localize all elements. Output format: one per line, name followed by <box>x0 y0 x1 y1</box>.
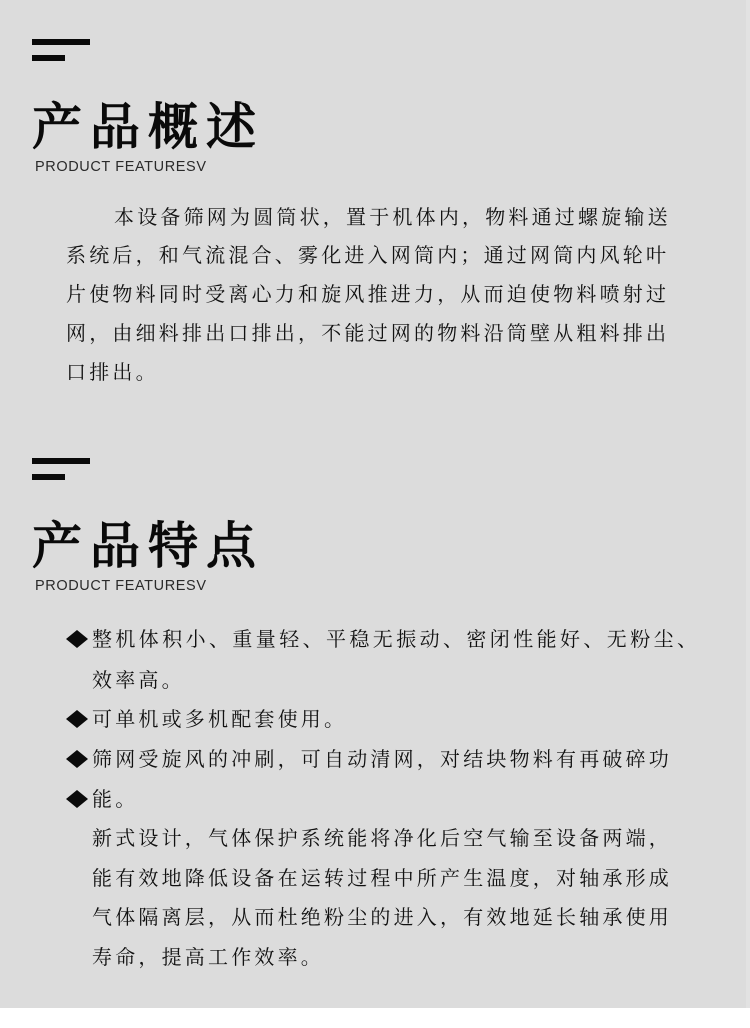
decorative-bar-long <box>32 458 90 464</box>
feature-description-line: 能有效地降低设备在运转过程中所产生温度，对轴承形成 <box>92 866 672 890</box>
feature-description-line: 寿命，提高工作效率。 <box>92 945 324 969</box>
feature-item-continuation: 效率高。 <box>92 668 185 692</box>
section-subtitle: PRODUCT FEATURESV <box>35 578 207 594</box>
paragraph-line: 系统后，和气流混合、雾化进入网筒内；通过网筒内风轮叶 <box>66 243 669 267</box>
section-subtitle: PRODUCT FEATURESV <box>35 159 207 175</box>
feature-item: 筛网受旋风的冲刷，可自动清网，对结块物料有再破碎功 <box>92 747 672 771</box>
edge-strip <box>746 0 750 1008</box>
page-background: 产品概述 PRODUCT FEATURESV 本设备筛网为圆筒状，置于机体内，物… <box>0 0 750 1008</box>
feature-item: 能。 <box>92 787 138 811</box>
diamond-bullet-icon <box>66 747 88 771</box>
diamond-bullet-icon <box>66 787 88 811</box>
section-title: 产品特点 <box>32 518 264 574</box>
diamond-bullet-icon <box>66 627 88 651</box>
paragraph-line: 本设备筛网为圆筒状，置于机体内，物料通过螺旋输送 <box>114 205 671 229</box>
paragraph-line: 片使物料同时受离心力和旋风推进力，从而迫使物料喷射过 <box>66 282 669 306</box>
paragraph-line: 网，由细料排出口排出，不能过网的物料沿筒壁从粗料排出 <box>66 321 669 345</box>
feature-item: 整机体积小、重量轻、平稳无振动、密闭性能好、无粉尘、 <box>92 627 700 651</box>
decorative-bar-short <box>32 55 65 61</box>
paragraph-line: 口排出。 <box>66 360 159 384</box>
feature-description-line: 气体隔离层，从而杜绝粉尘的进入，有效地延长轴承使用 <box>92 905 672 929</box>
feature-description-line: 新式设计，气体保护系统能将净化后空气输至设备两端， <box>92 826 672 850</box>
section-title: 产品概述 <box>32 99 264 155</box>
feature-item: 可单机或多机配套使用。 <box>92 707 347 731</box>
decorative-bar-short <box>32 474 65 480</box>
diamond-bullet-icon <box>66 707 88 731</box>
decorative-bar-long <box>32 39 90 45</box>
